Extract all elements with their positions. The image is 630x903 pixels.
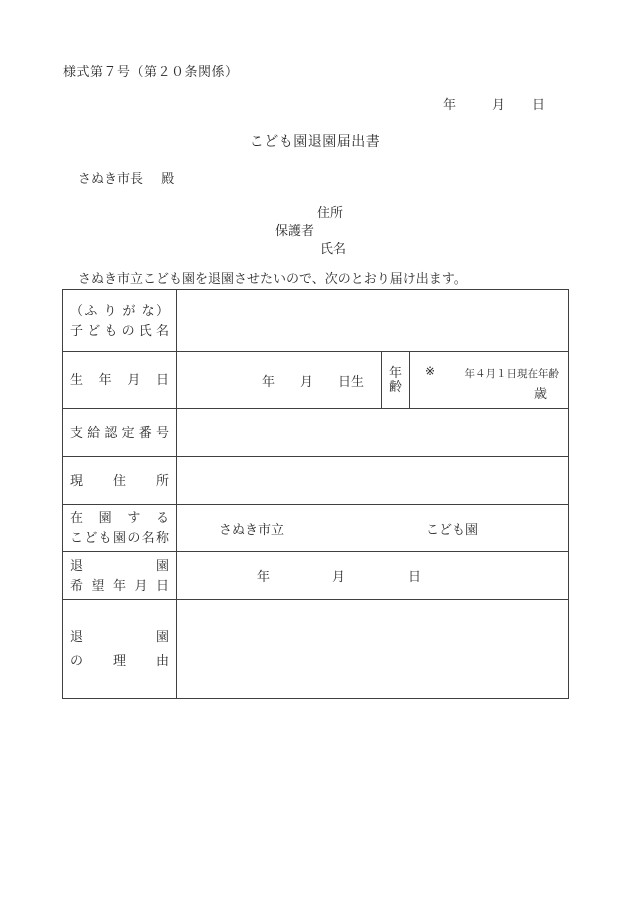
date-year-label: 年 [443, 94, 456, 113]
withdrawal-date-label-line1: 退 園 [70, 556, 169, 576]
center-name-suffix: こども園 [426, 519, 478, 538]
guardian-address-label: 住所 [317, 202, 343, 221]
date-month-label: 月 [492, 94, 505, 113]
certification-number-value-cell [177, 409, 569, 457]
form-number: 様式第７号（第２０条関係） [63, 61, 239, 80]
date-day-label: 日 [532, 94, 545, 113]
current-address-value-cell [177, 457, 569, 505]
date-line: 年 月 日 [443, 94, 545, 113]
withdrawal-month-label: 月 [332, 566, 345, 585]
declaration-sentence: さぬき市立こども園を退園させたいので、次のとおり届け出ます。 [78, 268, 467, 287]
row-withdrawal-date: 退 園 希 望 年 月 日 年 月 日 [63, 552, 569, 600]
document-title: こども園退園届出書 [0, 131, 630, 151]
withdrawal-date-label-cell: 退 園 希 望 年 月 日 [63, 552, 177, 600]
row-birth-date: 生 年 月 日 年 月 日生 年 齢 ※ 年４月１日現在年齢 歳 [63, 352, 569, 409]
withdrawal-date-value-cell: 年 月 日 [177, 552, 569, 600]
certification-number-label: 支 給 認 定 番 号 [70, 423, 169, 443]
row-enrolled-center: 在 園 す る こども園の名称 さぬき市立 こども園 [63, 505, 569, 552]
addressee-line: さぬき市長 殿 [78, 168, 174, 187]
reference-mark: ※ [425, 364, 435, 379]
age-note-text: 年４月１日現在年齢 [465, 366, 560, 381]
addressee-name: さぬき市長 [78, 171, 143, 186]
row-child-name: （ふ り が な） 子 ど も の 氏 名 [63, 290, 569, 352]
furigana-label: （ふ り が な） [70, 301, 169, 321]
center-name-prefix: さぬき市立 [219, 519, 284, 538]
age-value-cell: ※ 年４月１日現在年齢 歳 [410, 352, 569, 409]
withdrawal-reason-label-line1: 退 園 [70, 625, 169, 649]
child-name-value-cell [177, 290, 569, 352]
current-address-label: 現 住 所 [70, 471, 169, 491]
row-certification-number: 支 給 認 定 番 号 [63, 409, 569, 457]
current-address-label-cell: 現 住 所 [63, 457, 177, 505]
age-header-cell: 年 齢 [382, 352, 410, 409]
age-header-char1: 年 [382, 366, 409, 380]
withdrawal-year-label: 年 [257, 566, 270, 585]
age-header-char2: 齢 [382, 380, 409, 394]
row-withdrawal-reason: 退 園 の 理 由 [63, 600, 569, 699]
child-name-label: 子 ど も の 氏 名 [70, 321, 169, 341]
birth-date-value-cell: 年 月 日生 [177, 352, 382, 409]
withdrawal-form-table: （ふ り が な） 子 ど も の 氏 名 生 年 月 日 年 月 日生 年 齢… [62, 289, 569, 699]
addressee-honorific: 殿 [161, 171, 174, 186]
enrolled-center-label-line2: こども園の名称 [70, 528, 169, 548]
guardian-name-label: 氏名 [320, 238, 346, 257]
birth-date-label: 生 年 月 日 [70, 370, 169, 390]
withdrawal-reason-label-line2: の 理 由 [70, 649, 169, 673]
birth-date-placeholders: 年 月 日生 [177, 371, 381, 390]
age-unit-label: 歳 [425, 383, 559, 402]
birth-month-label: 月 [300, 371, 313, 390]
row-current-address: 現 住 所 [63, 457, 569, 505]
withdrawal-date-label-line2: 希 望 年 月 日 [70, 576, 169, 596]
birth-day-label: 日生 [338, 371, 364, 390]
withdrawal-reason-value-cell [177, 600, 569, 699]
withdrawal-reason-label-cell: 退 園 の 理 由 [63, 600, 177, 699]
child-name-label-cell: （ふ り が な） 子 ど も の 氏 名 [63, 290, 177, 352]
enrolled-center-label-cell: 在 園 す る こども園の名称 [63, 505, 177, 552]
enrolled-center-label-line1: 在 園 す る [70, 508, 169, 528]
birth-date-label-cell: 生 年 月 日 [63, 352, 177, 409]
birth-year-label: 年 [262, 371, 275, 390]
guardian-label: 保護者 [275, 220, 314, 239]
withdrawal-day-label: 日 [408, 566, 421, 585]
enrolled-center-value-cell: さぬき市立 こども園 [177, 505, 569, 552]
certification-number-label-cell: 支 給 認 定 番 号 [63, 409, 177, 457]
